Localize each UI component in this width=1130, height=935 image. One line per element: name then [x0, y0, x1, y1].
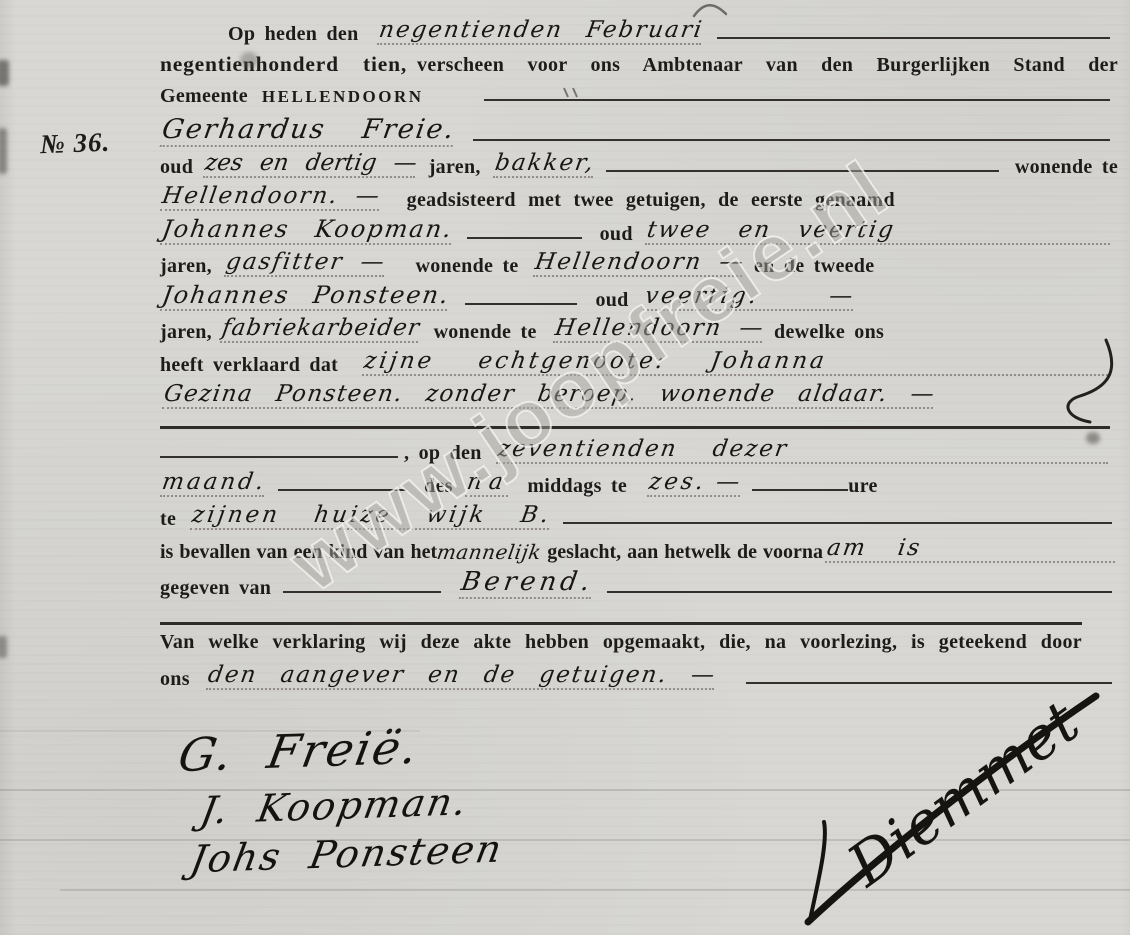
printed-appeared: verscheen voor ons Ambtenaar van den Bur…: [417, 54, 1118, 76]
birth-certificate-scan: № 36. Op heden den negentienden Februari…: [0, 0, 1130, 935]
edge-mark: [0, 128, 7, 174]
printed-te: te: [160, 508, 176, 530]
printed-op-heden-den: Op heden den: [228, 23, 359, 45]
section-separator-rule: [160, 604, 1082, 625]
line-child-name: gegeven van Berend.: [160, 569, 1112, 599]
scan-artifact-line: [0, 730, 420, 732]
line-year: negentienhonderd tien,verscheen voor ons…: [160, 52, 1118, 76]
line-witness1-residence: jaren, gasfitter — wonende te Hellendoor…: [160, 250, 1112, 277]
line-declarant-residence: Hellendoorn. — geadsisteerd met twee get…: [162, 184, 1112, 211]
printed-oud: oud: [160, 156, 193, 178]
printed-heeft-verklaard: heeft verklaard dat: [160, 354, 338, 376]
printed-closing: Van welke verklaring wij deze akte hebbe…: [160, 631, 1082, 653]
witness1-residence-entry: Hellendoorn —: [532, 250, 746, 277]
printed-assisted: geadsisteerd met twee getuigen, de eerst…: [407, 189, 895, 211]
line-declarant-age: oud zes en dertig — jaren, bakker, wonen…: [160, 151, 1118, 178]
witness1-occupation-entry: gasfitter —: [224, 250, 388, 277]
na-entry: na: [465, 470, 512, 497]
witness2-age-entry: veertig. —: [642, 284, 856, 311]
printed-gegeven-van: gegeven van: [160, 577, 271, 599]
printed-wonende-te: wonende te: [416, 255, 519, 277]
line-birth-time: maand. des na middags te zes. — ure: [162, 470, 1112, 497]
spouse-name-entry: zijne echtgenoote: Johanna: [362, 349, 1112, 376]
printed-geslacht: geslacht, aan hetwelk de voorna: [547, 541, 823, 563]
fill-rule: [717, 37, 1111, 39]
printed-en-de-tweede: en de tweede: [754, 255, 874, 277]
witness1-age-entry: twee en veertig: [645, 218, 1115, 245]
act-number: № 36.: [39, 127, 110, 160]
edge-mark: [0, 60, 9, 86]
blank-fill-line: [160, 404, 1110, 429]
official-signature: Diemmet: [758, 652, 1130, 935]
printed-op-den: , op den: [404, 442, 482, 464]
stray-quote-mark: [560, 86, 584, 100]
stray-pen-mark: [690, 0, 730, 20]
line-witness1-name: Johannes Koopman. oud twee en veertig: [162, 217, 1112, 245]
printed-oud: oud: [595, 289, 628, 311]
witness2-name-entry: Johannes Ponsteen.: [160, 283, 452, 311]
fill-rule: [473, 139, 1110, 141]
gender-entry: mannelijk: [436, 542, 543, 563]
printed-jaren: jaren,: [429, 156, 481, 178]
official-signature-text: Diemmet: [835, 687, 1092, 900]
fill-rule: [606, 170, 999, 172]
line-witness2-name: Johannes Ponsteen. oud veertig. —: [162, 283, 1112, 311]
edge-mark: [0, 636, 7, 658]
line-declaration-spouse: heeft verklaard dat zijne echtgenoote: J…: [160, 349, 1110, 376]
birth-place-entry: zijnen huize wijk B.: [190, 503, 553, 530]
witness1-name-entry: Johannes Koopman.: [160, 217, 455, 245]
fill-rule: [465, 303, 577, 305]
printed-des: des: [424, 475, 453, 497]
line-birth-date: , op den zeventienden dezer: [160, 437, 1110, 464]
printed-ure: ure: [848, 475, 877, 497]
declarant-age-entry: zes en dertig —: [203, 151, 419, 178]
fill-rule: [467, 237, 582, 239]
printed-middags-te: middags te: [527, 475, 627, 497]
handwritten-registration-date: negentienden Februari: [376, 18, 704, 45]
printed-bevallen: is bevallen van een kind van het: [160, 541, 437, 563]
fill-rule: [278, 489, 406, 491]
signed-by-entry: den aangever en de getuigen. —: [206, 663, 718, 690]
ink-flourish: [1042, 334, 1122, 444]
declarant-occupation-entry: bakker,: [493, 151, 597, 178]
maand-entry: maand.: [160, 470, 268, 497]
fill-rule: [607, 591, 1112, 593]
printed-jaren: jaren,: [160, 321, 212, 343]
declarant-name-entry: Gerhardus Freie.: [160, 116, 458, 147]
declarant-residence-entry: Hellendoorn. —: [160, 184, 383, 211]
hour-entry: zes. —: [647, 470, 744, 497]
voornaam-is-entry: am is: [825, 536, 1119, 563]
child-name-entry: Berend.: [459, 569, 596, 599]
fill-rule: [160, 456, 398, 458]
printed-wonende-te: wonende te: [434, 321, 537, 343]
fill-rule: [563, 522, 1112, 524]
signature-witness2: Johs Ponsteen: [187, 827, 507, 882]
line-gemeente: Gemeente HELLENDOORN: [160, 85, 1110, 107]
signature-witness1: J. Koopman.: [197, 779, 472, 832]
line-child-gender: is bevallen van een kind van het manneli…: [160, 536, 1117, 563]
line-declarant-name: Gerhardus Freie.: [162, 116, 1110, 147]
line-witness2-residence: jaren, fabriekarbeider wonende te Hellen…: [160, 316, 1112, 343]
witness2-occupation-entry: fabriekarbeider: [220, 316, 422, 343]
fill-rule: [283, 591, 441, 593]
printed-wonende-te: wonende te: [1015, 156, 1118, 178]
line-closing: Van welke verklaring wij deze akte hebbe…: [160, 631, 1082, 653]
ink-smudge: [240, 52, 258, 68]
line-date: Op heden den negentienden Februari: [228, 18, 1110, 45]
fill-rule: [752, 489, 848, 491]
printed-jaren: jaren,: [160, 255, 212, 277]
printed-oud: oud: [600, 223, 633, 245]
witness2-residence-entry: Hellendoorn —: [553, 316, 767, 343]
birth-day-entry: zeventienden dezer: [496, 437, 1113, 464]
printed-year: negentienhonderd tien,: [160, 52, 407, 76]
line-birth-place: te zijnen huize wijk B.: [160, 503, 1112, 530]
printed-gemeente-label: Gemeente: [160, 85, 248, 107]
municipality-name: HELLENDOORN: [262, 87, 424, 107]
printed-ons: ons: [160, 668, 190, 690]
printed-dewelke-ons: dewelke ons: [774, 321, 884, 343]
